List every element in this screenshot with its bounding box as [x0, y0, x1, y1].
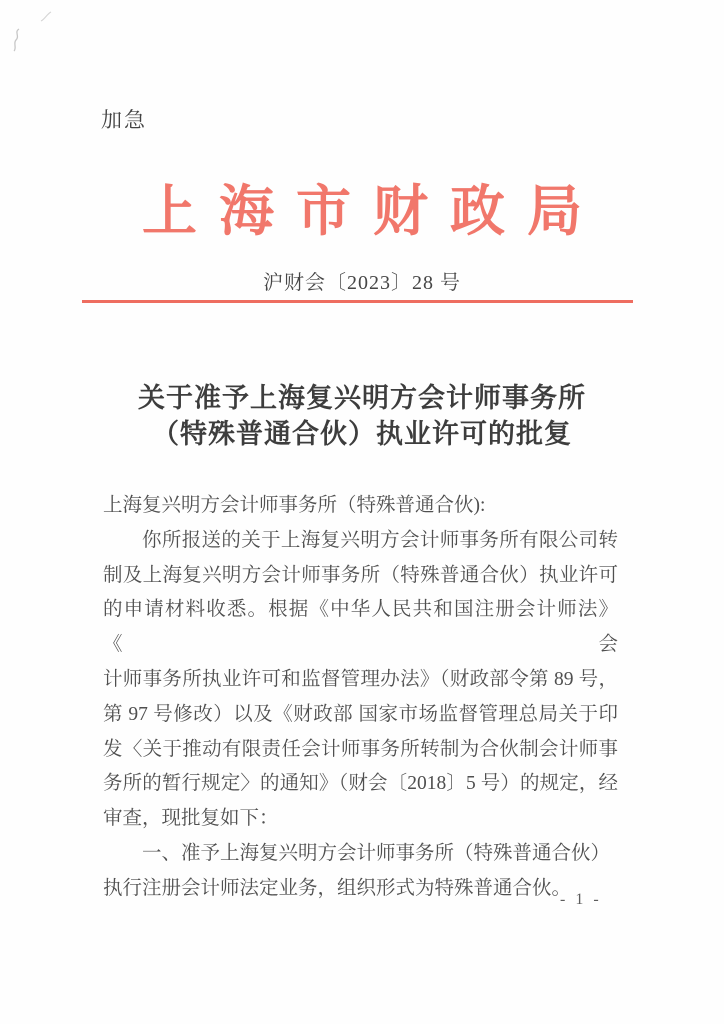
issuing-agency-name: 上海市财政局: [142, 167, 604, 246]
issuing-agency-header: 上海市财政局: [0, 167, 724, 246]
body-line-item-1: 一、准予上海复兴明方会计师事务所（特殊普通合伙）: [103, 837, 618, 872]
document-title: 关于准予上海复兴明方会计师事务所 （特殊普通合伙）执业许可的批复: [0, 380, 724, 452]
scanned-document-page: 加急 上海市财政局 沪财会〔2023〕28 号 关于准予上海复兴明方会计师事务所…: [0, 0, 724, 1024]
document-body: 上海复兴明方会计师事务所（特殊普通合伙): 你所报送的关于上海复兴明方会计师事务…: [103, 489, 618, 907]
page-number: - 1 -: [560, 891, 602, 909]
red-divider-rule: [82, 300, 633, 303]
document-title-line-1: 关于准予上海复兴明方会计师事务所: [0, 380, 724, 416]
document-number: 沪财会〔2023〕28 号: [0, 266, 724, 295]
body-line: 的申请材料收悉。根据《中华人民共和国注册会计师法》《会: [103, 593, 618, 663]
body-line-salutation: 上海复兴明方会计师事务所（特殊普通合伙):: [103, 489, 618, 524]
body-line: 执行注册会计师法定业务，组织形式为特殊普通合伙。: [103, 872, 618, 907]
body-line: 务所的暂行规定〉的通知》（财会〔2018〕5 号）的规定，经: [103, 767, 618, 802]
body-line: 第 97 号修改）以及《财政部 国家市场监督管理总局关于印: [103, 698, 618, 733]
body-line: 你所报送的关于上海复兴明方会计师事务所有限公司转: [103, 524, 618, 559]
body-line: 审查，现批复如下：: [103, 802, 618, 837]
scan-artifact-mark: [10, 27, 24, 53]
body-line: 计师事务所执业许可和监督管理办法》（财政部令第 89 号，: [103, 663, 618, 698]
document-title-line-2: （特殊普通合伙）执业许可的批复: [0, 416, 724, 452]
urgency-label: 加急: [101, 104, 147, 134]
scan-artifact-mark: [38, 10, 54, 24]
body-line: 制及上海复兴明方会计师事务所（特殊普通合伙）执业许可: [103, 559, 618, 594]
body-line: 发〈关于推动有限责任会计师事务所转制为合伙制会计师事: [103, 733, 618, 768]
